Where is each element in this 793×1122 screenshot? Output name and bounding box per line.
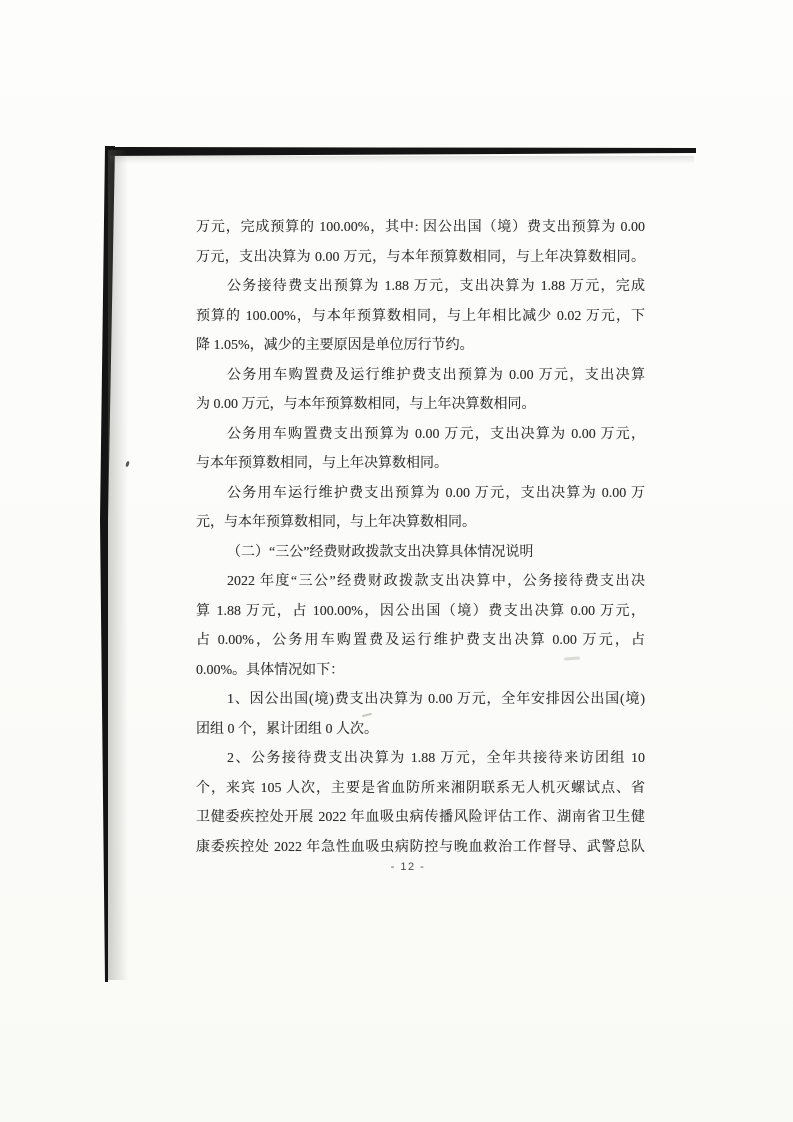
text-line: 康委疾控处 2022 年急性血吸虫病防控与晚血救治工作督导、武警总队 — [196, 833, 645, 863]
scanned-document-page: 万元，完成预算的 100.00%，其中: 因公出国（境）费支出预算为 0.00 … — [0, 0, 793, 1122]
text-line: 占 0.00%，公务用车购置费及运行维护费支出决算 0.00 万元，占 — [196, 626, 645, 656]
text-line: 2、公务接待费支出决算为 1.88 万元，全年共接待来访团组 10 — [196, 744, 645, 774]
text-line: 公务接待费支出预算为 1.88 万元，支出决算为 1.88 万元，完成 — [196, 272, 645, 302]
text-line: 万元，支出决算为 0.00 万元，与本年预算数相同，与上年决算数相同。 — [196, 243, 645, 273]
section-heading: （二）“三公”经费财政拨款支出决算具体情况说明 — [196, 538, 645, 568]
text-line: 公务用车运行维护费支出预算为 0.00 万元，支出决算为 0.00 万 — [196, 479, 645, 509]
page-number: - 12 - — [196, 861, 620, 873]
text-line: 1、因公出国(境)费支出决算为 0.00 万元，全年安排因公出国(境) — [196, 685, 645, 715]
text-line: 团组 0 个，累计团组 0 人次。 — [196, 715, 645, 745]
text-line: 算 1.88 万元，占 100.00%，因公出国（境）费支出决算 0.00 万元… — [196, 597, 645, 627]
text-line: 公务用车购置费及运行维护费支出预算为 0.00 万元，支出决算 — [196, 361, 645, 391]
text-line: 0.00%。具体情况如下： — [196, 656, 645, 686]
text-line: 降 1.05%，减少的主要原因是单位厉行节约。 — [196, 331, 645, 361]
text-line: 与本年预算数相同，与上年决算数相同。 — [196, 449, 645, 479]
text-line: 卫健委疾控处开展 2022 年血吸虫病传播风险评估工作、湖南省卫生健 — [196, 803, 645, 833]
text-line: 公务用车购置费支出预算为 0.00 万元，支出决算为 0.00 万元， — [196, 420, 645, 450]
text-line: 万元，完成预算的 100.00%，其中: 因公出国（境）费支出预算为 0.00 — [196, 213, 645, 243]
text-line: 元，与本年预算数相同，与上年决算数相同。 — [196, 508, 645, 538]
page-edge-shading — [108, 150, 128, 980]
text-line: 个，来宾 105 人次，主要是省血防所来湘阴联系无人机灭螺试点、省 — [196, 774, 645, 804]
text-line: 2022 年度“三公”经费财政拨款支出决算中，公务接待费支出决 — [196, 567, 645, 597]
page-top-shading — [110, 156, 694, 164]
text-line: 预算的 100.00%，与本年预算数相同，与上年相比减少 0.02 万元，下 — [196, 302, 645, 332]
text-line: 为 0.00 万元，与本年预算数相同，与上年决算数相同。 — [196, 390, 645, 420]
document-body: 万元，完成预算的 100.00%，其中: 因公出国（境）费支出预算为 0.00 … — [196, 213, 645, 862]
